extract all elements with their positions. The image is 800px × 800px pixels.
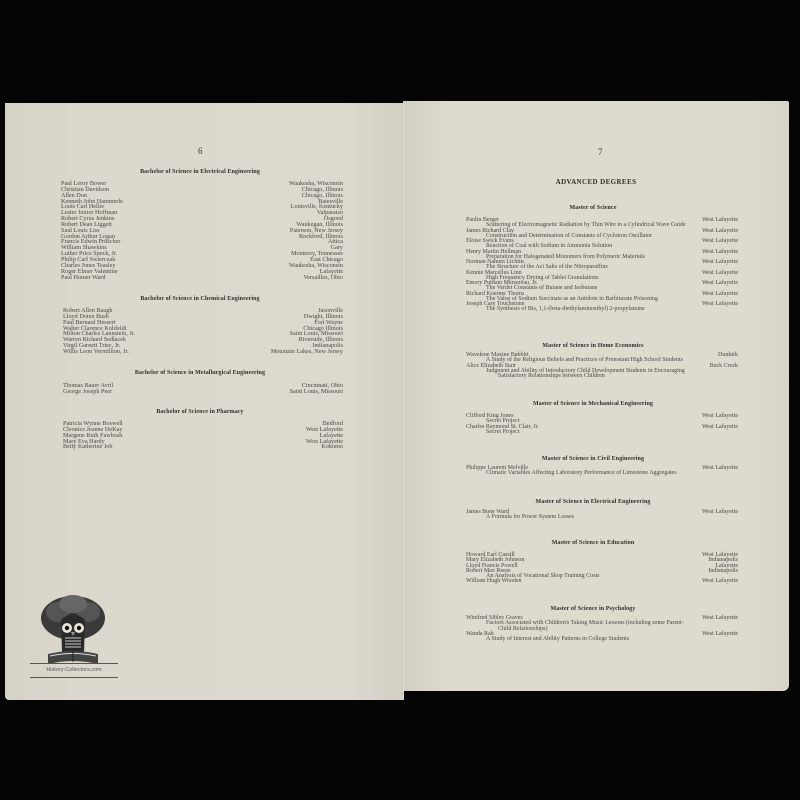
thesis-row: Climatic Variables Affecting Laboratory …	[466, 471, 738, 476]
watermark-text: History-Collectors.com	[34, 667, 114, 673]
graduate-row: George Joseph PeerSaint Louis, Missouri	[63, 389, 343, 395]
graduate-name: Paul Homer Ward	[61, 275, 105, 281]
psychology-list: Winifred Sibley GravesWest LafayetteFact…	[466, 616, 738, 642]
logo-rule-bottom	[30, 677, 118, 678]
page-title: ADVANCED DEGREES	[403, 178, 789, 186]
graduate-name: Willis Leon Vermillion, Jr.	[63, 349, 129, 355]
master-of-science-list: Paulin BergerWest LafayetteScattering of…	[466, 218, 738, 313]
graduate-row: Betty Katherine JobKokomo	[63, 444, 343, 450]
graduate-row: Willis Leon Vermillion, Jr.Mountain Lake…	[63, 349, 343, 355]
chemical-engineering-list: Robert Allen BaughJasonvilleLloyd Doten …	[63, 308, 343, 355]
civil-engineering-list: Philippe Laurent MelvilleWest LafayetteC…	[466, 466, 738, 477]
section-heading-mechanical: Master of Science in Mechanical Engineer…	[403, 401, 783, 407]
section-heading-electrical: Bachelor of Science in Electrical Engine…	[0, 169, 400, 175]
thesis-title: Climatic Variables Affecting Laboratory …	[486, 471, 677, 476]
graduate-row: Paul Homer WardVersailles, Ohio	[61, 275, 343, 281]
mechanical-engineering-list: Clifford King JonesWest LafayetteSecret …	[466, 414, 738, 435]
section-heading-home-economics: Master of Science in Home Economics	[403, 343, 783, 349]
electrical-engineering-list: Paul Leroy BowerWaukesha, WisconsinChris…	[61, 181, 343, 280]
graduate-hometown: Versailles, Ohio	[303, 275, 343, 281]
graduate-hometown: Kokomo	[321, 444, 343, 450]
metallurgical-engineering-list: Thomas Bauer AvrilCincinnati, OhioGeorge…	[63, 383, 343, 395]
graduate-hometown: Saint Louis, Missouri	[290, 389, 343, 395]
section-heading-psychology: Master of Science in Psychology	[403, 606, 783, 612]
section-heading-education: Master of Science in Education	[403, 540, 783, 546]
section-heading-ms-electrical: Master of Science in Electrical Engineer…	[403, 499, 783, 505]
education-list: Howard Earl CassillWest LafayetteMary El…	[466, 553, 738, 585]
section-heading-pharmacy: Bachelor of Science in Pharmacy	[0, 409, 400, 415]
home-economics-list: Wavelene Maxine BabbittDunkirkA Study of…	[466, 353, 738, 379]
thesis-title: A Study of Interest and Ability Patterns…	[486, 637, 629, 642]
page-number-right: 7	[598, 147, 603, 157]
thesis-row: A Study of Interest and Ability Patterns…	[466, 637, 738, 642]
section-heading-civil: Master of Science in Civil Engineering	[403, 456, 783, 462]
thesis-title: The Synthesis of Bis, 1,1-(beta-diethyla…	[486, 307, 645, 312]
graduate-hometown: Mountain Lakes, New Jersey	[271, 349, 343, 355]
thesis-title: Secret Project	[486, 430, 520, 435]
recipient-name: William Hugh Wooden	[466, 579, 522, 584]
section-heading-metallurgical: Bachelor of Science in Metallurgical Eng…	[0, 370, 400, 376]
ms-electrical-engineering-list: James Bone WardWest LafayetteA Formula f…	[466, 510, 738, 521]
thesis-title: A Formula for Power System Losses	[486, 515, 574, 520]
recipient-hometown: West Lafayette	[702, 579, 738, 584]
pharmacy-list: Patricia Wynne BoswellBedfordCleonice Je…	[63, 421, 343, 450]
right-page	[403, 101, 789, 691]
thesis-row: Secret Project	[466, 430, 738, 435]
thesis-continuation-row: Satisfactory Relationships between Child…	[466, 374, 738, 379]
section-heading-ms: Master of Science	[403, 205, 783, 211]
section-heading-chemical: Bachelor of Science in Chemical Engineer…	[0, 296, 400, 302]
graduate-name: George Joseph Peer	[63, 389, 112, 395]
thesis-row: A Formula for Power System Losses	[466, 515, 738, 520]
thesis-row: The Synthesis of Bis, 1,1-(beta-diethyla…	[466, 307, 738, 312]
graduate-name: Betty Katherine Job	[63, 444, 113, 450]
page-number-left: 6	[198, 146, 203, 156]
logo-rule-top	[30, 663, 118, 664]
thesis-title-continued: Satisfactory Relationships between Child…	[498, 374, 605, 379]
degree-recipient-row: William Hugh WoodenWest Lafayette	[466, 579, 738, 584]
